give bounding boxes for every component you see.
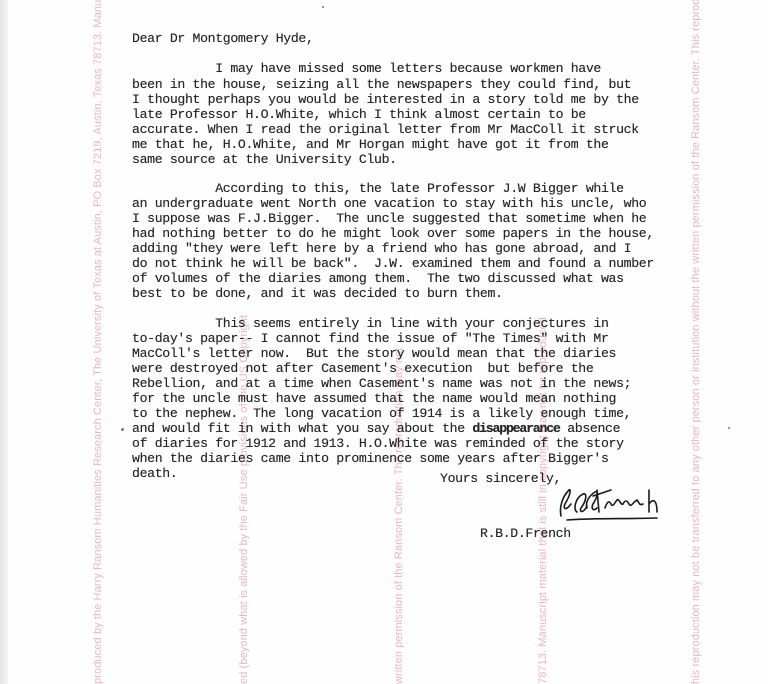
- scan-speck: [322, 6, 324, 8]
- valediction: Yours sincerely,: [440, 470, 561, 487]
- scanned-letter-page: produced by the Harry Ransom Humanities …: [0, 0, 768, 684]
- scan-speck: [728, 427, 730, 429]
- scan-speck: [121, 428, 124, 431]
- letter-body: Dear Dr Montgomery Hyde, I may have miss…: [0, 0, 768, 684]
- salutation: Dear Dr Montgomery Hyde,: [132, 30, 314, 47]
- struck-out-word: disappearance: [472, 421, 559, 436]
- typed-signatory-name: R.B.D.French: [480, 525, 571, 542]
- handwritten-signature: [553, 482, 673, 526]
